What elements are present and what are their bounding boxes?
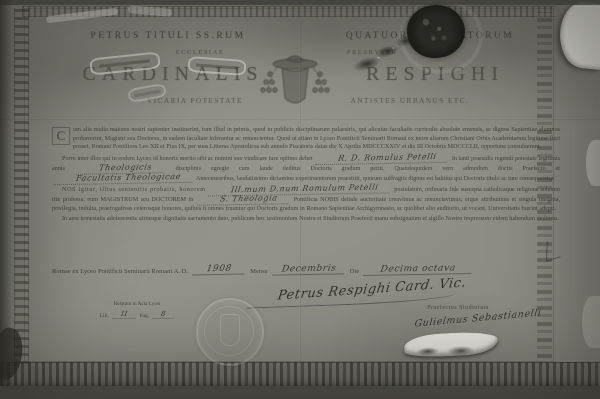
drop-cap: C bbox=[52, 127, 70, 145]
year-handwritten: 1908 bbox=[192, 264, 246, 276]
day-handwritten: Decima octava bbox=[363, 263, 473, 276]
paragraph-2a-text: Porro inter illos qui in eodem Lyceo id … bbox=[62, 155, 312, 162]
degree-field-handwritten: S. Theologia bbox=[197, 194, 290, 205]
dateline-die-label: Die bbox=[350, 268, 360, 275]
faculty-handwritten: Facultatis Theologicae bbox=[53, 172, 194, 184]
vertical-crease bbox=[299, 0, 301, 399]
dateline-mense-label: Mense bbox=[250, 268, 268, 275]
torn-paper-right-low bbox=[582, 296, 600, 348]
ornamental-border-left bbox=[14, 8, 29, 364]
header-antistes-urbanus: ANTISTES URBANUS ETC. bbox=[315, 97, 505, 105]
paragraph-2: Porro inter illos qui in eodem Lyceo id … bbox=[52, 154, 560, 183]
month-handwritten: Decembris bbox=[272, 263, 346, 275]
photo-of-diploma: PETRUS TITULI SS.RUM QUATUOR CORONATORUM… bbox=[0, 0, 600, 399]
registry-page-label: Pag. bbox=[140, 313, 150, 319]
registry-page-value: 8 bbox=[153, 310, 176, 319]
photo-edge-left bbox=[0, 0, 13, 399]
torn-paper-right-mid bbox=[586, 140, 600, 186]
horizontal-crease bbox=[0, 119, 600, 120]
photo-edge-top bbox=[0, 0, 600, 5]
registry-note: Relatum in Acta Lycei Lib. II Pag. 8 bbox=[72, 301, 202, 319]
paragraph-4: In aere honestatis adolescentis utriusqu… bbox=[52, 215, 560, 224]
paragraph-2c-text: disciplinis egregie cum laude deditus Do… bbox=[176, 165, 560, 172]
paragraph-4-text: In aere honestatis adolescentis utriusqu… bbox=[62, 215, 559, 222]
recipient-name-handwritten: R. D. Romulus Petelli bbox=[315, 153, 449, 165]
header-title-left: PETRUS TITULI SS.RUM bbox=[68, 31, 268, 41]
paragraph-3a-text: NOS igitur, illius sententiis probatis, … bbox=[62, 186, 206, 193]
paragraph-2d-text: Antecessoribus, laudatissimo dictamine e… bbox=[196, 175, 555, 182]
paragraph-1-text: um alia multa maiores nostri sapienter i… bbox=[73, 126, 560, 150]
paragraph-3: NOS igitur, illius sententiis probatis, … bbox=[52, 185, 560, 213]
registry-book-label: Lib. bbox=[100, 313, 109, 319]
diploma-body-text: C um alia multa maiores nostri sapienter… bbox=[52, 126, 560, 226]
registry-line2: Lib. II Pag. 8 bbox=[72, 310, 202, 319]
dateline-place: Romae ex Lyceo Pontificii Seminarii Roma… bbox=[52, 268, 188, 275]
embossed-seal-shield bbox=[220, 314, 240, 346]
paragraph-1: C um alia multa maiores nostri sapienter… bbox=[52, 126, 560, 152]
embossed-seal-icon bbox=[196, 298, 264, 366]
registry-book-value: II bbox=[112, 310, 136, 319]
photo-edge-bottom bbox=[0, 386, 600, 399]
coat-of-arms-icon bbox=[254, 52, 336, 116]
registry-line1: Relatum in Acta Lycei bbox=[72, 301, 202, 307]
